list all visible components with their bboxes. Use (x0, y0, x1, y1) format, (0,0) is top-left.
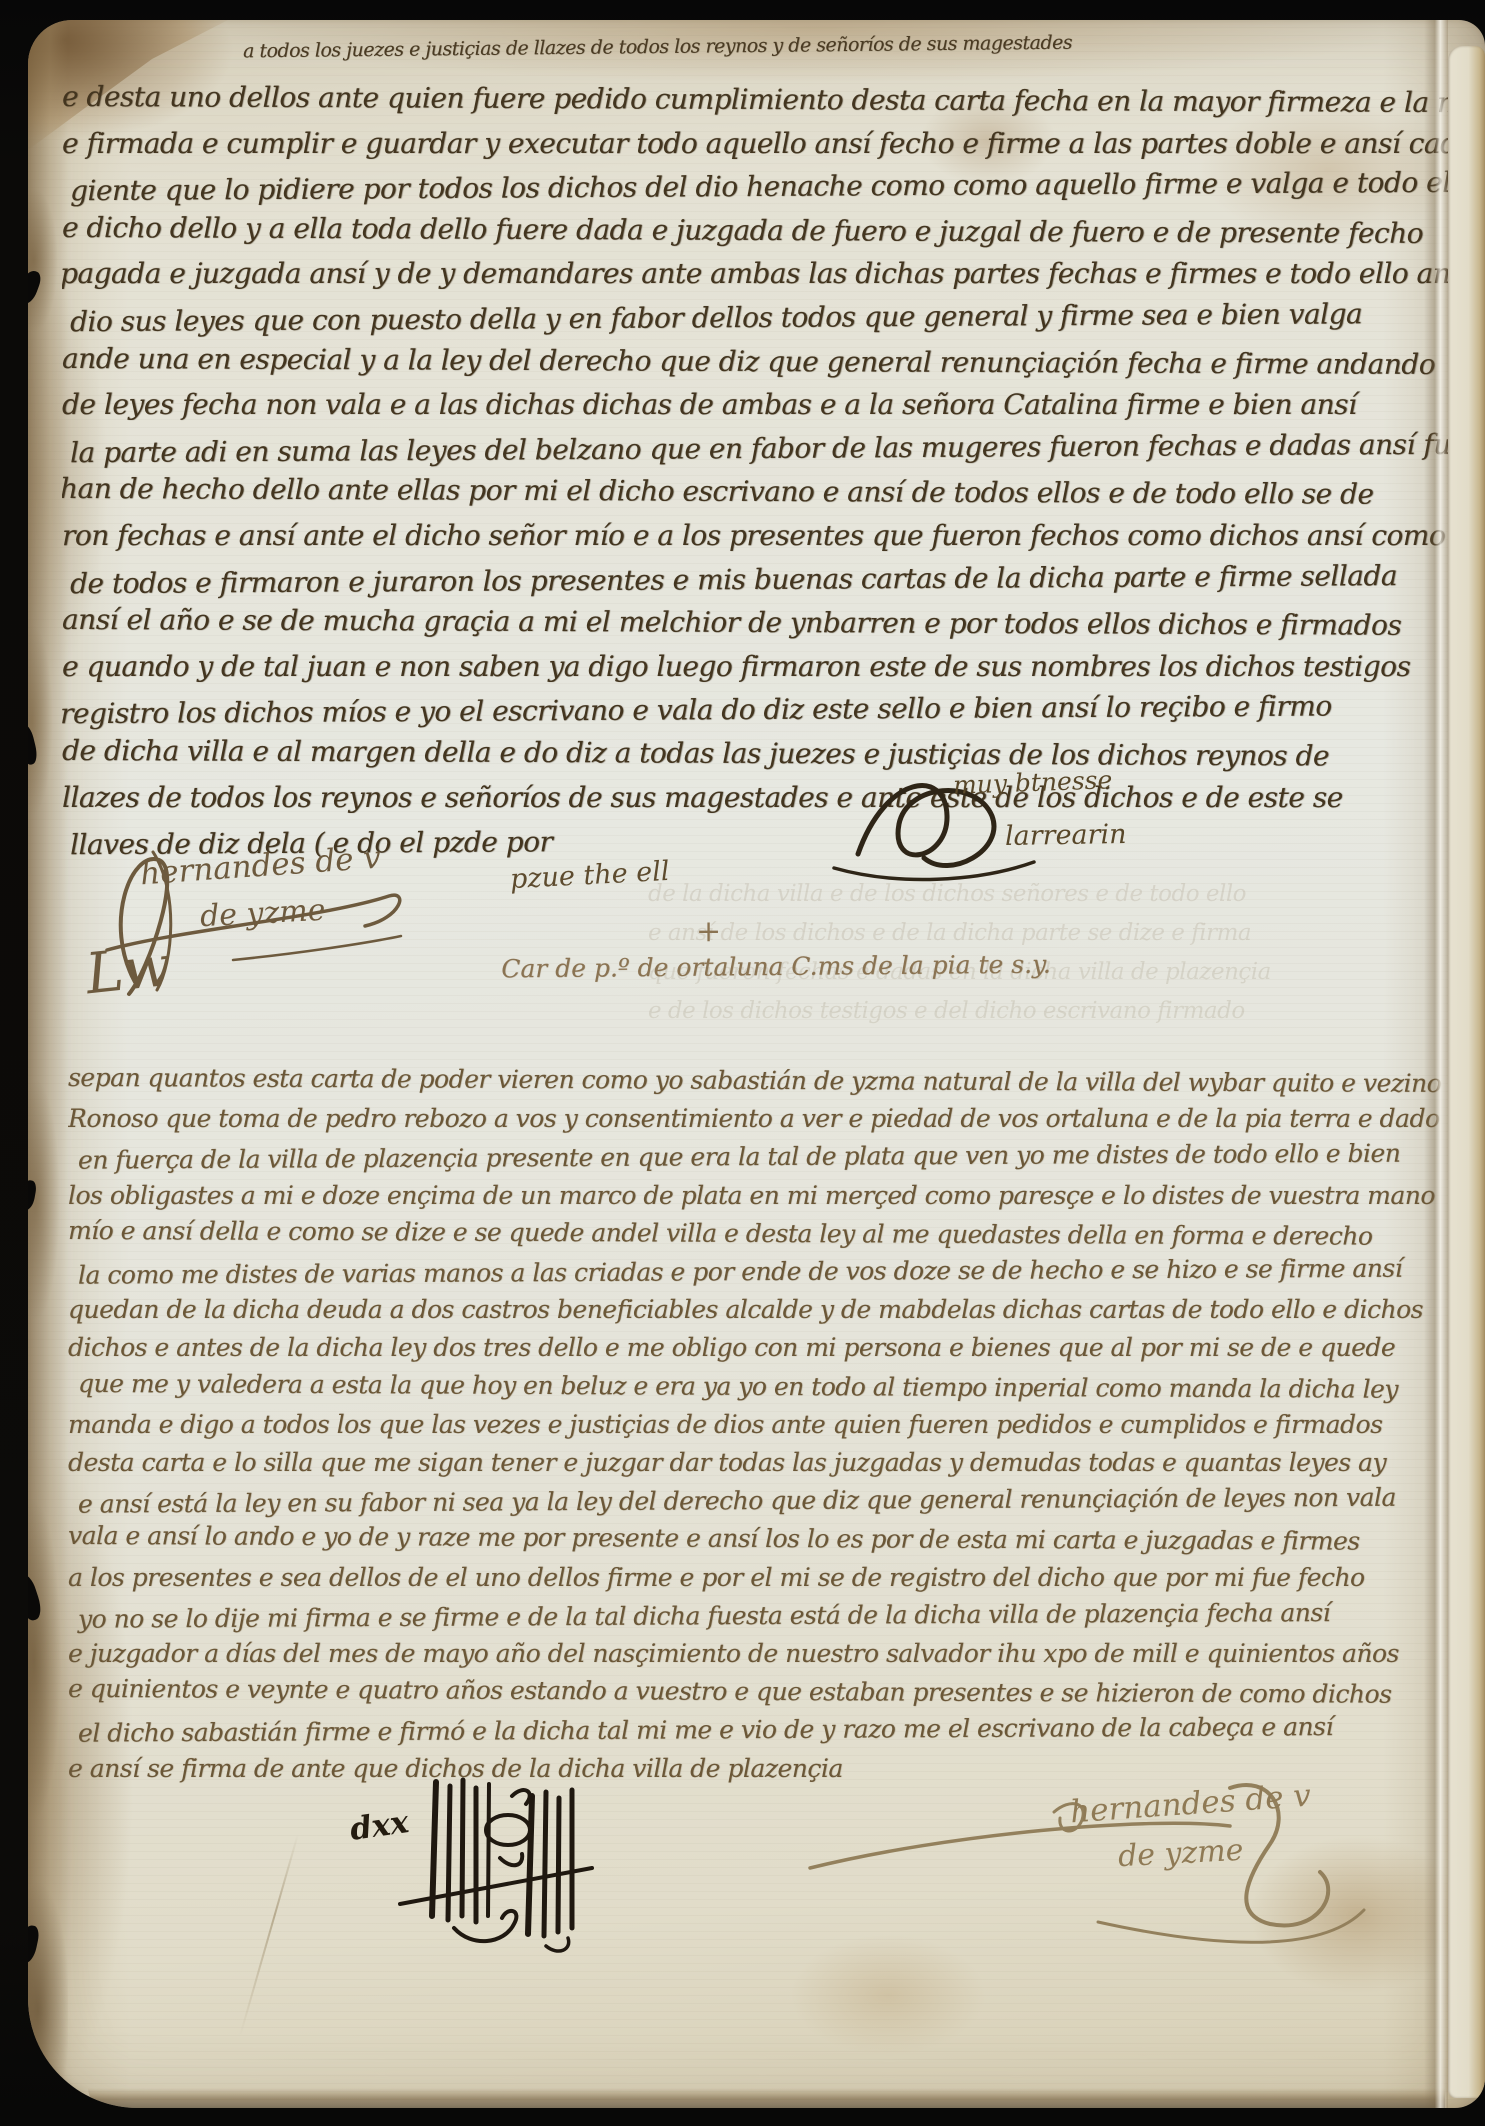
paper-crease (239, 1834, 299, 2036)
manuscript-line: los obligastes a mi e doze ençima de un … (68, 1177, 1468, 1215)
manuscript-line: e juzgador a días del mes de mayo año de… (68, 1635, 1468, 1673)
manuscript-line: Ronoso que toma de pedro rebozo a vos y … (68, 1100, 1468, 1138)
manuscript-line: a los presentes e sea dellos de el uno d… (68, 1559, 1468, 1597)
manuscript-line: dichos e antes de la dicha ley dos tres … (68, 1329, 1468, 1367)
text-block-lower: sepan quantos esta carta de poder vieren… (68, 1062, 1468, 1788)
notarial-signo (396, 1766, 596, 1966)
witness-name: larrearin (1005, 819, 1127, 852)
manuscript-line: de leyes fecha non vala e a las dichas d… (62, 383, 1454, 427)
manuscript-line: e quando y de tal juan e non saben ya di… (62, 645, 1454, 689)
page-stack-edge (88, 2088, 1445, 2108)
manuscript-line: e desta uno dellos ante quien fuere pedi… (62, 78, 1454, 125)
manuscript-line: giente que lo pidiere por todos los dich… (70, 161, 1454, 213)
underlying-leaf-edge (1448, 46, 1485, 2098)
manuscript-line: han de hecho dello ante ellas por mi el … (62, 467, 1454, 517)
photograph-backdrop: a todos los juezes e justiçias de llazes… (0, 0, 1485, 2126)
manuscript-line: sepan quantos esta carta de poder vieren… (68, 1062, 1468, 1103)
manuscript-line: desta carta e lo silla que me sigan tene… (68, 1444, 1468, 1482)
text-block-upper: e desta uno dellos ante quien fuere pedi… (62, 78, 1454, 863)
manuscript-line: registro los dichos míos e yo el escriva… (62, 684, 1454, 736)
manuscript-line: e dicho dello y a ella toda dello fuere … (62, 206, 1454, 256)
page-fold-crease (1424, 20, 1448, 2108)
manuscript-line: la como me distes de varias manos a las … (78, 1249, 1468, 1294)
manuscript-line: manda e digo a todos los que las vezes e… (68, 1406, 1468, 1444)
signature-left-name: de yzme (199, 893, 326, 935)
manuscript-line: ansí el año e se de mucha graçia a mi el… (62, 598, 1454, 648)
manuscript-line: que me y valedera a esta la que hoy en b… (78, 1365, 1468, 1409)
manuscript-line: vala e ansí lo ando e yo de y raze me po… (68, 1517, 1468, 1561)
manuscript-line: de todos e firmaron e juraron los presen… (70, 553, 1454, 605)
manuscript-line: pagada e juzgada ansí y de y demandares … (62, 252, 1454, 296)
manuscript-line: en fuerça de la villa de plazençia prese… (78, 1135, 1468, 1180)
ghost-line: e ansí de los dichos e de la dicha parte… (648, 914, 1448, 953)
manuscript-line: ande una en especial y a la ley del dere… (62, 337, 1454, 387)
signature-right-name: de yzme (1117, 1833, 1244, 1875)
manuscript-line: yo no se lo dije mi firma e se firme e d… (78, 1593, 1468, 1638)
manuscript-line: de dicha villa e al margen della e do di… (62, 729, 1454, 779)
manuscript-line: mío e ansí della e como se dize e se que… (68, 1212, 1468, 1256)
manuscript-line: el dicho sabastián firme e firmó e la di… (78, 1708, 1468, 1753)
manuscript-line: dio sus leyes que con puesto della y en … (70, 292, 1454, 344)
manuscript-line: la parte adi en suma las leyes del belza… (70, 423, 1454, 475)
ghost-line: e de los dichos testigos e del dicho esc… (648, 992, 1448, 1031)
rubric-mark: Lw (83, 934, 174, 1008)
manuscript-line: e firmada e cumplir e guardar y executar… (62, 122, 1454, 166)
witness-name: muy btnesse (953, 765, 1113, 800)
manuscript-line: quedan de la dicha deuda a dos castros b… (68, 1291, 1468, 1329)
manuscript-line: ron fechas e ansí ante el dicho señor mí… (62, 514, 1454, 558)
interlinear-addition: a todos los juezes e justiçias de llazes… (243, 32, 1072, 63)
heading-cross-icon: + (696, 914, 721, 949)
manuscript-page: a todos los juezes e justiçias de llazes… (28, 20, 1485, 2108)
ghost-line: de la dicha villa e de los dichos señore… (648, 875, 1448, 914)
manuscript-line: llazes de todos los reynos e señoríos de… (62, 776, 1454, 820)
